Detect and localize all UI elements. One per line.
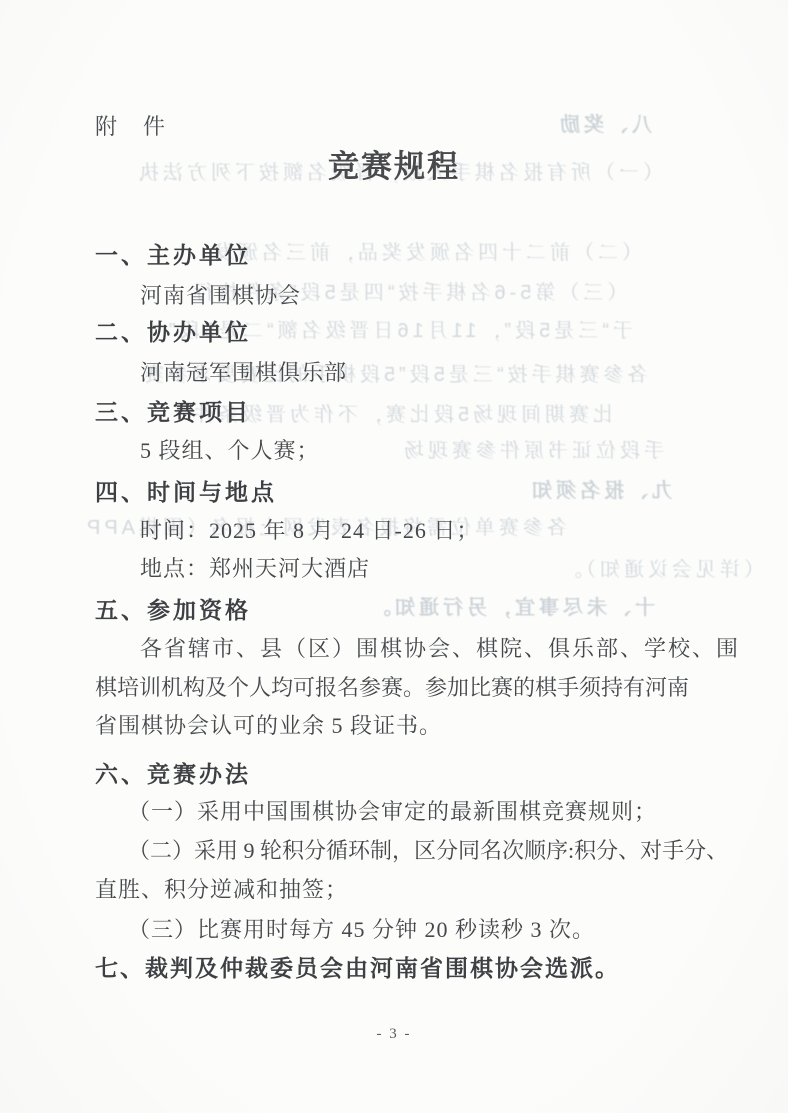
section-6-line: （一）采用中国围棋协会审定的最新围棋竞赛规则； [128,795,657,826]
section-heading-6: 六、竞赛办法 [95,756,251,789]
section-6-line: （二）采用 9 轮积分循环制，区分同名次顺序:积分、对手分、 [128,834,728,865]
section-5-line: 各省辖市、县（区）围棋协会、棋院、俱乐部、学校、围 [140,632,740,663]
section-heading-1: 一、主办单位 [95,237,251,270]
section-2-line: 河南冠军围棋俱乐部 [140,356,347,387]
section-6-line: 直胜、积分逆减和抽签； [95,873,348,904]
section-6-line: （三）比赛用时每方 45 分钟 20 秒读秒 3 次。 [128,913,595,944]
scanned-document-page: 八、奖励 （一）所有报名棋手人数，晋级名额按下列方法执 （二）前二十四名颁发奖品… [0,0,788,1113]
section-5-line: 省围棋协会认可的业余 5 段证书。 [95,709,442,740]
bleedthrough-text: 九、报名须知 [528,474,672,503]
bleedthrough-text: （二）前二十四名颁发奖品，前三名颁发 [210,236,642,265]
section-3-line: 5 段组、个人赛； [140,434,320,465]
bleedthrough-text: （详见会议通知）。 [558,553,764,582]
section-5-line: 棋培训机构及个人均可报名参赛。参加比赛的棋手须持有河南 [95,671,689,702]
document-title: 竞赛规程 [0,141,788,186]
section-4-line-location: 地点：郑州天河大酒店 [140,552,370,583]
bleedthrough-text: 比赛期间现场5段比赛，不作为晋级条件 [190,398,613,427]
bleedthrough-text: 手段位证书原件参赛现场 [400,434,664,463]
section-4-line-time: 时间：2025 年 8 月 24 日-26 日； [140,514,479,545]
page-number: - 3 - [0,1026,788,1043]
section-heading-7: 七、裁判及仲裁委员会由河南省围棋协会选派。 [95,950,620,983]
section-heading-4: 四、时间与地点 [95,474,277,507]
attachment-label: 附 件 [95,110,167,141]
bleedthrough-text: 十、未尽事宜，另行通知。 [367,591,655,620]
section-heading-2: 二、协办单位 [95,314,251,347]
bleedthrough-text: 八、奖励 [556,108,652,137]
section-heading-3: 三、竞赛项目 [95,394,251,427]
section-1-line: 河南省围棋协会 [140,279,301,310]
section-heading-5: 五、参加资格 [95,592,251,625]
